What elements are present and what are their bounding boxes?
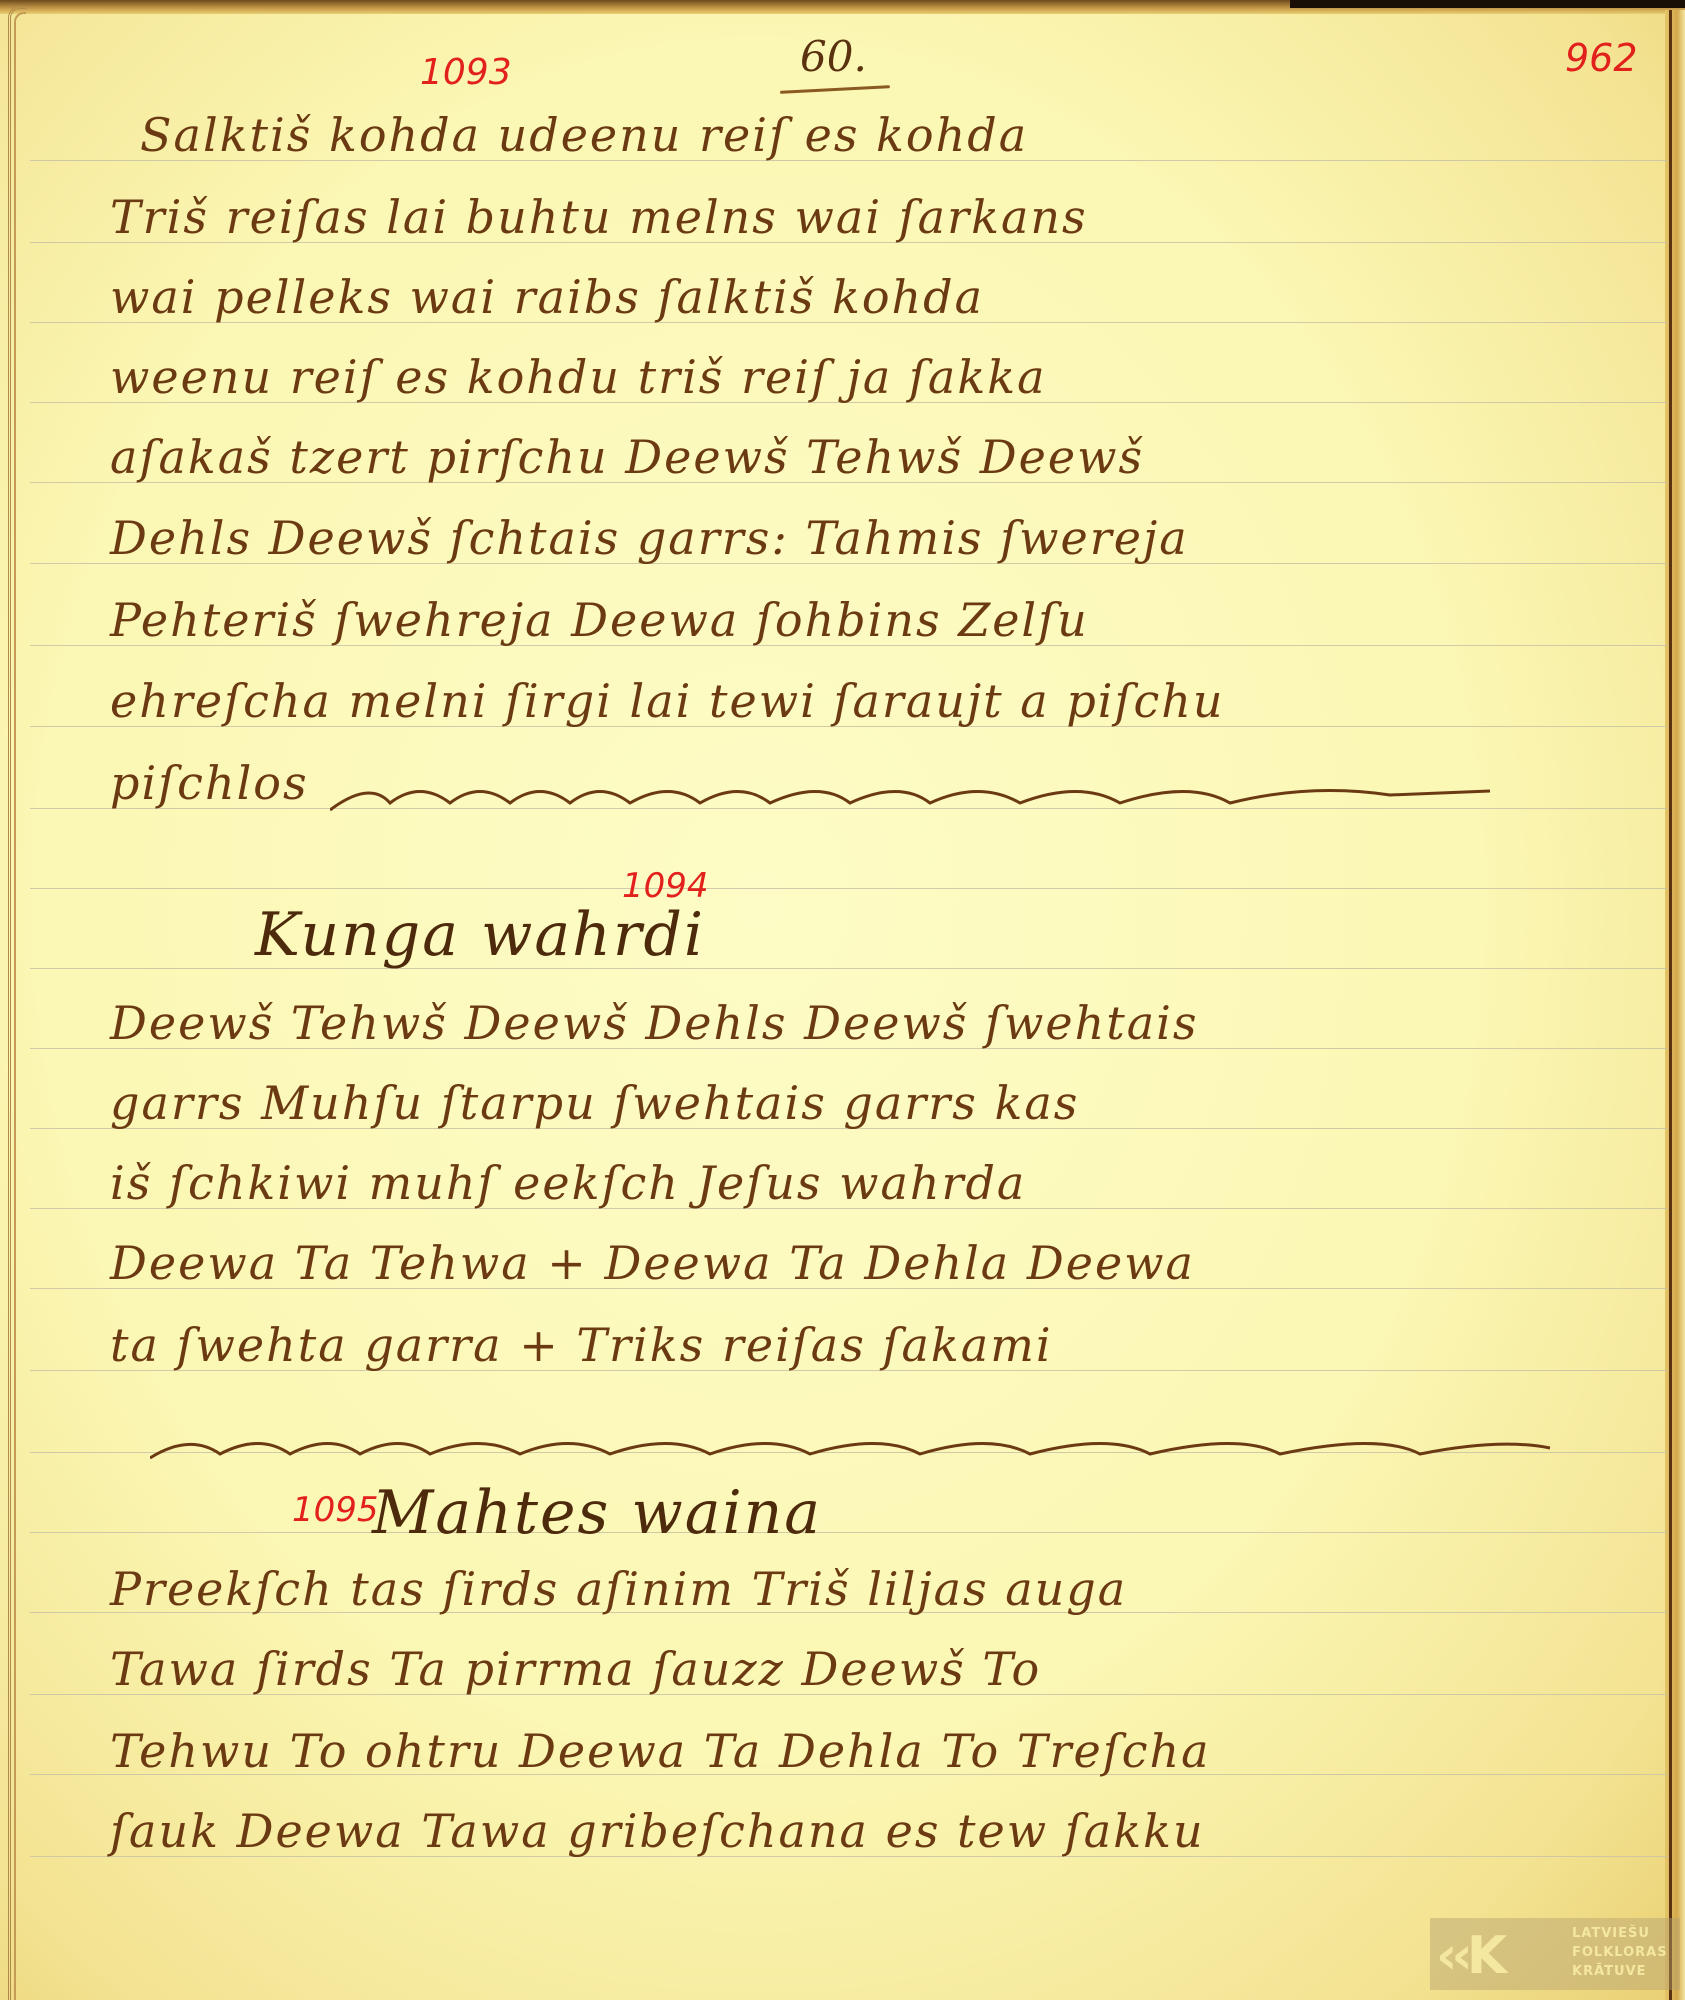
page-number: 60. (800, 32, 867, 81)
page-left-border-inner (14, 12, 26, 2000)
lfk-chevron-logo-icon: ‹‹K (1436, 1926, 1501, 1986)
text-line: aſakaš tzert pirſchu Deewš Tehwš Deewš (110, 430, 1144, 484)
text-line: weenu reiſ es kohdu triš reiſ ja ſakka (110, 350, 1047, 404)
text-line: Preekſch tas ſirds aſinim Triš liljas au… (110, 1562, 1127, 1616)
lfk-logo: ‹‹K LATVIEŠU FOLKLORAS KRĀTUVE (1430, 1918, 1680, 1990)
entry-number-1093: 1093 (420, 52, 512, 93)
text-line: ſauk Deewa Tawa gribeſchana es tew ſakku (110, 1804, 1205, 1858)
archive-number: 962 (1565, 36, 1638, 80)
text-line: ta ſwehta garra + Triks reiſas ſakami (110, 1318, 1053, 1372)
text-line: Salktiš kohda udeenu reiſ es kohda (140, 108, 1028, 162)
entry-title: Kunga wahrdi (255, 900, 705, 970)
text-line: Tehwu To ohtru Deewa Ta Dehla To Treſcha (110, 1724, 1211, 1778)
page-number-underline (780, 85, 890, 94)
book-shadow (1290, 0, 1685, 8)
text-line: Dehls Deewš ſchtais garrs: Tahmis ſwerej… (110, 511, 1189, 565)
text-line: Pehteriš ſwehreja Deewa ſohbins Zelſu (110, 593, 1089, 647)
text-line: piſchlos (110, 756, 309, 810)
spine-line (1669, 10, 1672, 2000)
entry-title: Mahtes waina (372, 1478, 822, 1548)
text-line: Deewš Tehwš Deewš Dehls Deewš ſwehtais (110, 996, 1199, 1050)
text-line: Triš reiſas lai buhtu melns wai ſarkans (110, 190, 1088, 244)
text-line: ehreſcha melni ſirgi lai tewi ſaraujt a … (110, 674, 1225, 728)
text-line: garrs Muhſu ſtarpu ſwehtais garrs kas (110, 1076, 1079, 1130)
logo-text: LATVIEŠU FOLKLORAS KRĀTUVE (1572, 1924, 1668, 1981)
book-spine (1665, 10, 1685, 2000)
text-line: Tawa ſirds Ta pirrma ſauzz Deewš To (110, 1642, 1041, 1696)
text-line: iš ſchkiwi muhſ eekſch Jeſus wahrda (110, 1156, 1026, 1210)
section-divider-wave (150, 1428, 1570, 1478)
text-line: Deewa Ta Tehwa + Deewa Ta Dehla Deewa (110, 1236, 1195, 1290)
entry-number-1095: 1095 (292, 1490, 379, 1530)
manuscript-page: 1093 60. 962 Salktiš kohda udeenu reiſ e… (0, 0, 1685, 2000)
text-line: wai pelleks wai raibs ſalktiš kohda (110, 270, 984, 324)
section-divider-wave (330, 775, 1490, 825)
